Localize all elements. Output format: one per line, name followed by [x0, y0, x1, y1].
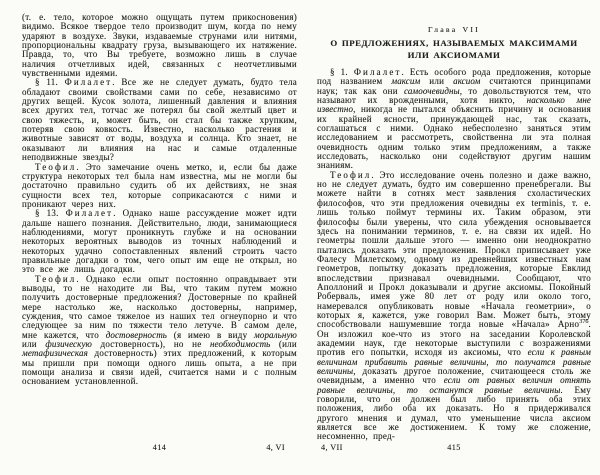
- page-right: Глава VII О ПРЕДЛОЖЕНИЯХ, НАЗЫВАЕМЫХ МАК…: [317, 0, 591, 475]
- paragraph: § 1. Филалет. Есть особого рода предложе…: [317, 68, 591, 171]
- paragraph: Теофил. Это замечание очень метко, и, ес…: [22, 163, 297, 210]
- right-page-footer: 4, VII 415: [317, 443, 591, 455]
- left-page-number: 414: [153, 443, 166, 452]
- chapter-title-line2: ИЛИ АКСИОМАМИ: [317, 50, 591, 62]
- text-run: . Это исследование очень полезно и даже …: [317, 170, 591, 330]
- page-left: (т. е. тело, которое можно ощущать путем…: [22, 0, 297, 475]
- paragraph: Теофил. Это исследование очень полезно и…: [317, 171, 591, 442]
- text-run: . Все же не следует думать, будто тела о…: [22, 77, 297, 162]
- text-run: . Ему говорили, что он должен был либо п…: [317, 385, 591, 442]
- left-page-footer: 414 4, VI: [22, 443, 297, 455]
- right-signature-mark: 4, VII: [321, 443, 343, 452]
- text-run: . Однако наше рассуждение может идти дал…: [22, 208, 297, 274]
- left-page-text: (т. е. тело, которое можно ощущать путем…: [22, 13, 297, 387]
- paragraph: § 11. Филалет. Все же не следует думать,…: [22, 78, 297, 162]
- paragraph: (т. е. тело, которое можно ощущать путем…: [22, 13, 297, 78]
- left-signature-mark: 4, VI: [266, 443, 285, 452]
- chapter-title: О ПРЕДЛОЖЕНИЯХ, НАЗЫВАЕМЫХ МАКСИМАМИ ИЛИ…: [317, 38, 591, 61]
- chapter-label: Глава VII: [317, 25, 591, 34]
- text-run: 376: [579, 318, 588, 325]
- right-page-number: 415: [447, 443, 460, 452]
- text-run: (т. е. тело, которое можно ощущать путем…: [22, 12, 297, 78]
- paragraph: Теофил. Однако если опыт постоянно оправ…: [22, 275, 297, 387]
- book-spread: (т. е. тело, которое можно ощущать путем…: [0, 0, 600, 475]
- text-run: , никогда не пытался объяснить причину и…: [317, 104, 591, 170]
- chapter-title-line1: О ПРЕДЛОЖЕНИЯХ, НАЗЫВАЕМЫХ МАКСИМАМИ: [317, 38, 591, 50]
- right-page-text: § 1. Филалет. Есть особого рода предложе…: [317, 68, 591, 442]
- paragraph: § 13. Филалет. Однако наше рассуждение м…: [22, 209, 297, 274]
